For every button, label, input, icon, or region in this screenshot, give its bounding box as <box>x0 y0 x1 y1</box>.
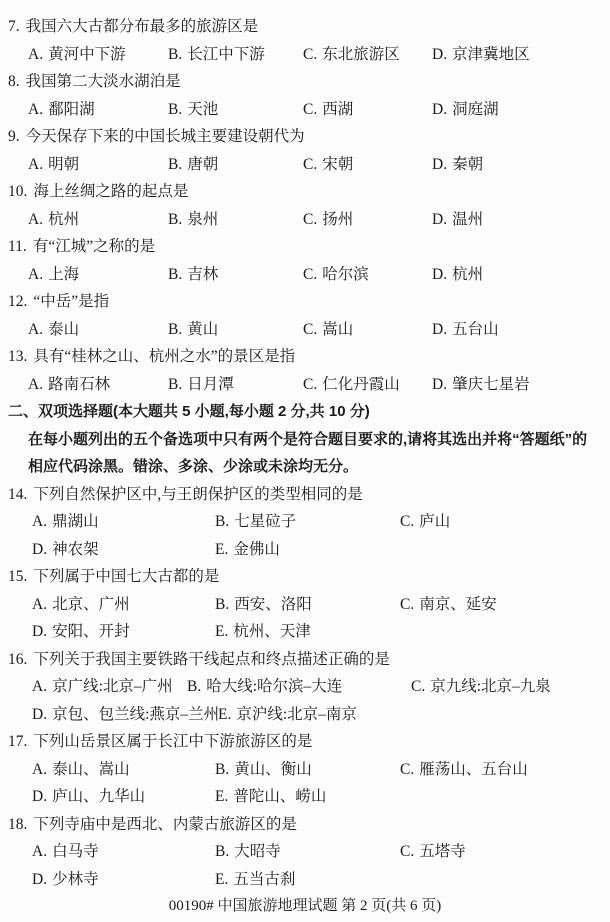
question-18-stem: 18.下列寺庙中是西北、内蒙古旅游区的是 <box>0 811 610 839</box>
option-c-label: C. <box>303 211 317 228</box>
question-9-options: A.明朝 B.唐朝 C.宋朝 D.秦朝 <box>0 151 610 179</box>
option-c-text: 嵩山 <box>322 321 353 338</box>
question-number: 18. <box>8 816 27 833</box>
option-d-label: D. <box>432 321 447 338</box>
question-17-stem: 17.下列山岳景区属于长江中下游旅游区的是 <box>0 728 610 756</box>
option-a-label: A. <box>32 843 47 860</box>
option-c: C.扬州 <box>303 206 353 234</box>
option-a-text: 明朝 <box>48 156 79 173</box>
question-12-stem: 12.“中岳”是指 <box>0 288 610 316</box>
option-a-label: A. <box>32 761 47 778</box>
option-a: A.京广线:北京–广州 <box>32 673 173 701</box>
question-8-options: A.鄱阳湖 B.天池 C.西湖 D.洞庭湖 <box>0 96 610 124</box>
option-c: C.京九线:北京–九泉 <box>411 673 551 701</box>
section-2-heading: 二、双项选择题(本大题共 5 小题,每小题 2 分,共 10 分) <box>0 398 610 426</box>
option-a-text: 北京、广州 <box>52 596 130 613</box>
question-12-options: A.泰山 B.黄山 C.嵩山 D.五台山 <box>0 316 610 344</box>
option-a-label: A. <box>28 376 43 393</box>
question-15-stem: 15.下列属于中国七大古都的是 <box>0 563 610 591</box>
question-text: 海上丝绸之路的起点是 <box>33 183 188 200</box>
question-text: 我国第二大淡水湖泊是 <box>26 73 181 90</box>
option-e-text: 金佛山 <box>233 541 280 558</box>
option-a-text: 泰山、嵩山 <box>52 761 130 778</box>
option-c-text: 仁化丹霞山 <box>322 376 400 393</box>
question-7-options: A.黄河中下游 B.长江中下游 C.东北旅游区 D.京津冀地区 <box>0 41 610 69</box>
section-2-instruction-line-1: 在每小题列出的五个备选项中只有两个是符合题目要求的,请将其选出并将“答题纸”的 <box>0 426 610 454</box>
question-11-options: A.上海 B.吉林 C.哈尔滨 D.杭州 <box>0 261 610 289</box>
question-11-stem: 11.有“江城”之称的是 <box>0 233 610 261</box>
option-c: C.哈尔滨 <box>303 261 369 289</box>
option-b: B.泉州 <box>168 206 218 234</box>
option-a-text: 鄱阳湖 <box>48 101 95 118</box>
option-c-label: C. <box>303 156 317 173</box>
option-a: A.明朝 <box>28 151 79 179</box>
question-number: 12. <box>8 293 27 310</box>
option-e: E.五当古刹 <box>215 866 295 894</box>
option-c-text: 东北旅游区 <box>322 46 400 63</box>
option-d-text: 杭州 <box>452 266 483 283</box>
option-c-text: 雁荡山、五台山 <box>419 761 528 778</box>
question-text: 具有“桂林之山、杭州之水”的景区是指 <box>33 348 295 365</box>
question-13-stem: 13.具有“桂林之山、杭州之水”的景区是指 <box>0 343 610 371</box>
question-text: 今天保存下来的中国长城主要建设朝代为 <box>26 128 305 145</box>
option-a-label: A. <box>28 211 43 228</box>
option-c: C.仁化丹霞山 <box>303 371 400 399</box>
option-a: A.鼎湖山 <box>32 508 99 536</box>
option-b-text: 天池 <box>187 101 218 118</box>
option-d: D.京包、包兰线:燕京–兰州 <box>32 701 219 729</box>
option-b: B.天池 <box>168 96 218 124</box>
question-number: 9. <box>8 128 20 145</box>
option-b-text: 唐朝 <box>187 156 218 173</box>
option-d: D.安阳、开封 <box>32 618 130 646</box>
question-7-stem: 7.我国六大古都分布最多的旅游区是 <box>0 13 610 41</box>
option-d: D.少林寺 <box>32 866 99 894</box>
option-c-label: C. <box>303 376 317 393</box>
option-e-text: 杭州、天津 <box>233 623 311 640</box>
option-a-text: 路南石林 <box>48 376 110 393</box>
option-b: B.黄山、衡山 <box>215 756 312 784</box>
option-b-label: B. <box>168 266 182 283</box>
option-e-label: E. <box>215 541 228 558</box>
question-14-options-row-1: A.鼎湖山 B.七星砬子 C.庐山 <box>0 508 610 536</box>
option-b-label: B. <box>168 376 182 393</box>
option-c: C.五塔寺 <box>400 838 466 866</box>
option-a-text: 白马寺 <box>52 843 99 860</box>
option-a: A.鄱阳湖 <box>28 96 95 124</box>
option-c-label: C. <box>303 266 317 283</box>
option-b-text: 西安、洛阳 <box>234 596 312 613</box>
option-c-text: 西湖 <box>322 101 353 118</box>
option-d: D.五台山 <box>432 316 499 344</box>
option-d-text: 秦朝 <box>452 156 483 173</box>
section-2-instruction-line-2: 相应代码涂黑。错涂、多涂、少涂或未涂均无分。 <box>0 453 610 481</box>
option-d-label: D. <box>32 623 47 640</box>
option-b: B.哈大线:哈尔滨–大连 <box>187 673 342 701</box>
question-10-stem: 10.海上丝绸之路的起点是 <box>0 178 610 206</box>
question-number: 8. <box>8 73 20 90</box>
question-18-options-row-1: A.白马寺 B.大昭寺 C.五塔寺 <box>0 838 610 866</box>
option-b: B.大昭寺 <box>215 838 281 866</box>
option-c-text: 京九线:北京–九泉 <box>430 678 551 695</box>
page-footer: 00190# 中国旅游地理试题 第 2 页(共 6 页) <box>0 893 610 921</box>
option-d-label: D. <box>432 101 447 118</box>
option-b-text: 哈大线:哈尔滨–大连 <box>206 678 342 695</box>
option-a: A.白马寺 <box>32 838 99 866</box>
question-14-options-row-2: D.神农架 E.金佛山 <box>0 536 610 564</box>
option-d: D.温州 <box>432 206 483 234</box>
question-16-options-row-1: A.京广线:北京–广州 B.哈大线:哈尔滨–大连 C.京九线:北京–九泉 <box>0 673 610 701</box>
question-text: 下列关于我国主要铁路干线起点和终点描述正确的是 <box>33 651 390 668</box>
question-10-options: A.杭州 B.泉州 C.扬州 D.温州 <box>0 206 610 234</box>
option-b-label: B. <box>168 321 182 338</box>
option-a: A.杭州 <box>28 206 79 234</box>
option-a-text: 京广线:北京–广州 <box>52 678 173 695</box>
option-b-label: B. <box>168 101 182 118</box>
option-b: B.长江中下游 <box>168 41 265 69</box>
option-b-text: 黄山、衡山 <box>234 761 312 778</box>
option-e-label: E. <box>218 706 231 723</box>
option-e-label: E. <box>215 871 228 888</box>
option-a: A.黄河中下游 <box>28 41 126 69</box>
option-d-label: D. <box>32 541 47 558</box>
option-d-text: 京津冀地区 <box>452 46 530 63</box>
option-c-text: 庐山 <box>419 513 450 530</box>
question-17-options-row-1: A.泰山、嵩山 B.黄山、衡山 C.雁荡山、五台山 <box>0 756 610 784</box>
option-d-label: D. <box>32 788 47 805</box>
question-number: 17. <box>8 733 27 750</box>
option-d-text: 少林寺 <box>52 871 99 888</box>
option-a: A.路南石林 <box>28 371 110 399</box>
option-b-label: B. <box>187 678 201 695</box>
question-13-options: A.路南石林 B.日月潭 C.仁化丹霞山 D.肇庆七星岩 <box>0 371 610 399</box>
option-e: E.京沪线:北京–南京 <box>218 701 357 729</box>
option-e: E.杭州、天津 <box>215 618 311 646</box>
question-text: 下列山岳景区属于长江中下游旅游区的是 <box>33 733 312 750</box>
option-b: B.吉林 <box>168 261 218 289</box>
question-text: 有“江城”之称的是 <box>33 238 155 255</box>
option-d-label: D. <box>432 46 447 63</box>
option-b-label: B. <box>215 761 229 778</box>
option-b: B.日月潭 <box>168 371 234 399</box>
option-c-text: 宋朝 <box>322 156 353 173</box>
option-b: B.七星砬子 <box>215 508 296 536</box>
option-a-label: A. <box>28 156 43 173</box>
option-d: D.肇庆七星岩 <box>432 371 530 399</box>
option-a-text: 黄河中下游 <box>48 46 126 63</box>
option-e: E.金佛山 <box>215 536 280 564</box>
option-c: C.宋朝 <box>303 151 353 179</box>
option-d: D.洞庭湖 <box>432 96 499 124</box>
option-d-label: D. <box>32 706 47 723</box>
option-e-label: E. <box>215 788 228 805</box>
question-8-stem: 8.我国第二大淡水湖泊是 <box>0 68 610 96</box>
question-text: 我国六大古都分布最多的旅游区是 <box>26 18 259 35</box>
question-15-options-row-2: D.安阳、开封 E.杭州、天津 <box>0 618 610 646</box>
option-a-text: 鼎湖山 <box>52 513 99 530</box>
option-c-label: C. <box>303 321 317 338</box>
option-c-label: C. <box>400 596 414 613</box>
option-b-text: 长江中下游 <box>187 46 265 63</box>
option-d-label: D. <box>32 871 47 888</box>
option-a: A.上海 <box>28 261 79 289</box>
option-b-text: 七星砬子 <box>234 513 296 530</box>
question-number: 13. <box>8 348 27 365</box>
question-text: 下列自然保护区中,与王朗保护区的类型相同的是 <box>33 486 362 503</box>
option-d-text: 神农架 <box>52 541 99 558</box>
option-d-label: D. <box>432 376 447 393</box>
option-b-text: 日月潭 <box>187 376 234 393</box>
question-text: 下列属于中国七大古都的是 <box>33 568 219 585</box>
option-d: D.庐山、九华山 <box>32 783 145 811</box>
option-c: C.南京、延安 <box>400 591 497 619</box>
question-text: “中岳”是指 <box>33 293 109 310</box>
option-c-label: C. <box>303 101 317 118</box>
option-a-text: 泰山 <box>48 321 79 338</box>
option-b-text: 吉林 <box>187 266 218 283</box>
option-d-text: 温州 <box>452 211 483 228</box>
option-e-text: 五当古刹 <box>233 871 295 888</box>
option-c-label: C. <box>411 678 425 695</box>
option-d-label: D. <box>432 156 447 173</box>
option-b: B.西安、洛阳 <box>215 591 312 619</box>
question-number: 16. <box>8 651 27 668</box>
option-d-text: 洞庭湖 <box>452 101 499 118</box>
option-e: E.普陀山、崂山 <box>215 783 326 811</box>
option-e-text: 普陀山、崂山 <box>233 788 326 805</box>
option-a-text: 上海 <box>48 266 79 283</box>
option-c-label: C. <box>400 843 414 860</box>
question-text: 下列寺庙中是西北、内蒙古旅游区的是 <box>33 816 297 833</box>
option-b-label: B. <box>215 513 229 530</box>
option-c: C.嵩山 <box>303 316 353 344</box>
option-c-label: C. <box>400 761 414 778</box>
option-d: D.神农架 <box>32 536 99 564</box>
option-c: C.雁荡山、五台山 <box>400 756 528 784</box>
option-b-text: 大昭寺 <box>234 843 281 860</box>
question-number: 14. <box>8 486 27 503</box>
option-b-label: B. <box>215 843 229 860</box>
option-a-label: A. <box>28 101 43 118</box>
question-14-stem: 14.下列自然保护区中,与王朗保护区的类型相同的是 <box>0 481 610 509</box>
option-d: D.京津冀地区 <box>432 41 530 69</box>
option-b: B.黄山 <box>168 316 218 344</box>
option-b-label: B. <box>168 46 182 63</box>
option-c-text: 南京、延安 <box>419 596 497 613</box>
option-d-text: 安阳、开封 <box>52 623 130 640</box>
option-c-label: C. <box>400 513 414 530</box>
option-c-text: 哈尔滨 <box>322 266 369 283</box>
option-d: D.杭州 <box>432 261 483 289</box>
question-9-stem: 9.今天保存下来的中国长城主要建设朝代为 <box>0 123 610 151</box>
option-c: C.庐山 <box>400 508 450 536</box>
option-d-text: 庐山、九华山 <box>52 788 145 805</box>
option-c-text: 扬州 <box>322 211 353 228</box>
question-number: 15. <box>8 568 27 585</box>
option-b-label: B. <box>168 211 182 228</box>
option-a: A.北京、广州 <box>32 591 130 619</box>
option-b-text: 黄山 <box>187 321 218 338</box>
option-a-label: A. <box>32 513 47 530</box>
question-15-options-row-1: A.北京、广州 B.西安、洛阳 C.南京、延安 <box>0 591 610 619</box>
option-d-text: 京包、包兰线:燕京–兰州 <box>52 706 219 723</box>
option-b: B.唐朝 <box>168 151 218 179</box>
option-a-label: A. <box>32 596 47 613</box>
option-c-text: 五塔寺 <box>419 843 466 860</box>
question-16-options-row-2: D.京包、包兰线:燕京–兰州 E.京沪线:北京–南京 <box>0 701 610 729</box>
option-c: C.东北旅游区 <box>303 41 400 69</box>
question-16-stem: 16.下列关于我国主要铁路干线起点和终点描述正确的是 <box>0 646 610 674</box>
option-d-label: D. <box>432 211 447 228</box>
option-e-text: 京沪线:北京–南京 <box>236 706 357 723</box>
question-18-options-row-2: D.少林寺 E.五当古刹 <box>0 866 610 894</box>
option-c-label: C. <box>303 46 317 63</box>
option-a-text: 杭州 <box>48 211 79 228</box>
option-a-label: A. <box>28 321 43 338</box>
question-number: 11. <box>8 238 27 255</box>
option-d-label: D. <box>432 266 447 283</box>
option-c: C.西湖 <box>303 96 353 124</box>
question-17-options-row-2: D.庐山、九华山 E.普陀山、崂山 <box>0 783 610 811</box>
option-b-label: B. <box>168 156 182 173</box>
option-d-text: 肇庆七星岩 <box>452 376 530 393</box>
option-a-label: A. <box>28 266 43 283</box>
question-number: 10. <box>8 183 27 200</box>
option-a-label: A. <box>32 678 47 695</box>
question-number: 7. <box>8 18 20 35</box>
option-b-label: B. <box>215 596 229 613</box>
option-e-label: E. <box>215 623 228 640</box>
option-a: A.泰山 <box>28 316 79 344</box>
exam-page: 7.我国六大古都分布最多的旅游区是 A.黄河中下游 B.长江中下游 C.东北旅游… <box>0 0 610 922</box>
option-d: D.秦朝 <box>432 151 483 179</box>
option-a: A.泰山、嵩山 <box>32 756 130 784</box>
option-a-label: A. <box>28 46 43 63</box>
option-b-text: 泉州 <box>187 211 218 228</box>
option-d-text: 五台山 <box>452 321 499 338</box>
